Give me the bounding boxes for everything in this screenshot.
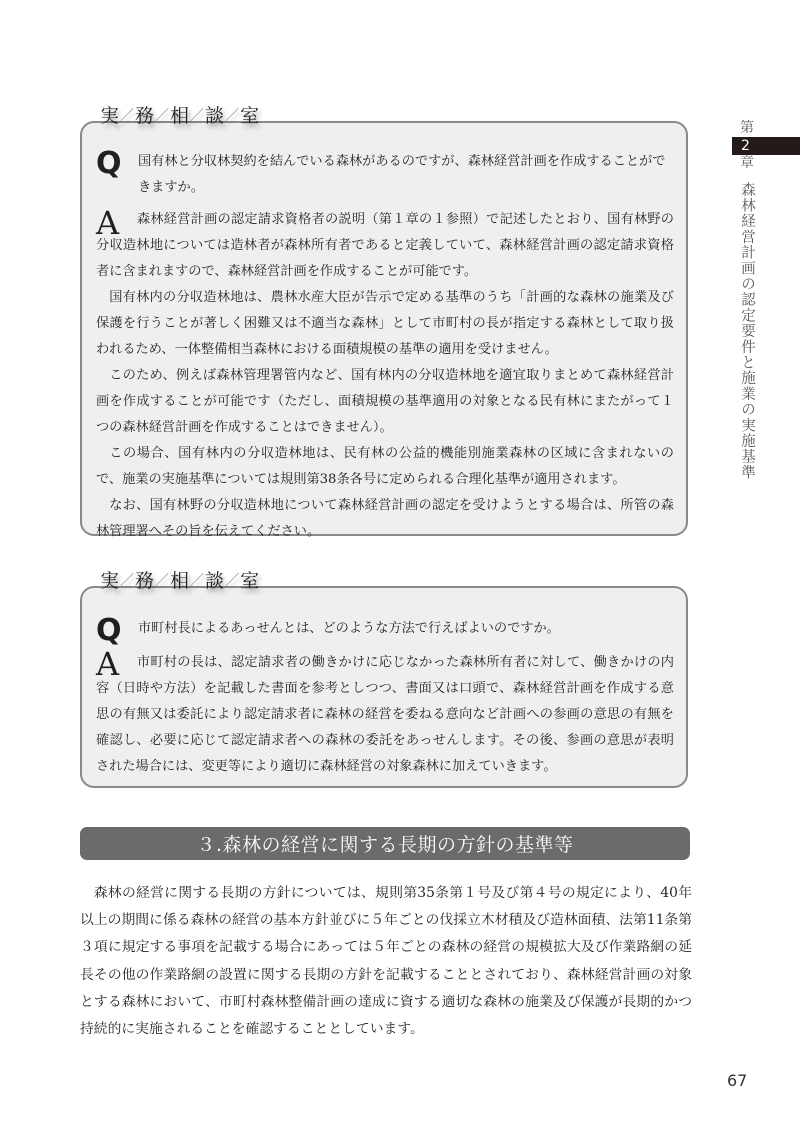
slash-divider: ／ [155,573,169,589]
label-char: 談 [205,570,224,592]
question-text: 国有林と分収林契約を結んでいる森林があるのですが、森林経営計画を作成することがで… [138,149,672,201]
practice-consultation-box-1: Q 国有林と分収林契約を結んでいる森林があるのですが、森林経営計画を作成すること… [80,121,688,536]
label-char: 務 [135,570,154,592]
section-body: 森林の経営に関する長期の方針については、規則第35条第１号及び第４号の規定により… [80,880,692,1043]
section-heading: ３.森林の経営に関する長期の方針の基準等 [80,827,690,860]
answer-paragraph: このため、例えば森林管理署管内など、国有林内の分収造林地を適宜取りまとめて森林経… [96,363,674,441]
slash-divider: ／ [190,108,204,124]
slash-divider: ／ [225,573,239,589]
slash-divider: ／ [190,573,204,589]
question-mark-icon: Q [96,616,122,646]
label-char: 実 [100,570,119,592]
label-char: 室 [240,570,259,592]
answer-paragraph: 国有林内の分収造林地は、農林水産大臣が告示で定める基準のうち「計画的な森林の施業… [96,285,674,363]
chapter-suffix: 章 [737,155,757,172]
slash-divider: ／ [120,573,134,589]
practice-consultation-label: 実／務／相／談／室 [100,569,259,595]
slash-divider: ／ [120,108,134,124]
label-char: 相 [170,105,189,127]
answer-paragraph: 森林経営計画の認定請求資格者の説明（第１章の１参照）で記述したとおり、国有林野の… [96,207,674,285]
page-number: 67 [727,1071,747,1090]
chapter-prefix: 第 [737,120,757,137]
answer-paragraph: なお、国有林野の分収造林地について森林経営計画の認定を受けようとする場合は、所管… [96,493,674,545]
practice-consultation-box-2: Q 市町村長によるあっせんとは、どのような方法で行えばよいのですか。 A 市町村… [80,586,688,788]
label-char: 談 [205,105,224,127]
chapter-tab: 第 2 章 [732,120,800,172]
question-row: Q 国有林と分収林契約を結んでいる森林があるのですが、森林経営計画を作成すること… [96,149,672,201]
chapter-title: 森林経営計画の認定要件と施業の実施基準 [737,182,757,480]
practice-consultation-label: 実／務／相／談／室 [100,104,259,130]
answer-paragraph: 市町村の長は、認定請求者の働きかけに応じなかった森林所有者に対して、働きかけの内… [96,650,674,780]
answer-body: 森林経営計画の認定請求資格者の説明（第１章の１参照）で記述したとおり、国有林野の… [96,207,674,545]
question-row: Q 市町村長によるあっせんとは、どのような方法で行えばよいのですか。 [96,616,672,642]
question-text: 市町村長によるあっせんとは、どのような方法で行えばよいのですか。 [138,616,672,642]
chapter-number: 2 [732,137,800,155]
label-char: 務 [135,105,154,127]
slash-divider: ／ [225,108,239,124]
label-char: 室 [240,105,259,127]
answer-paragraph: この場合、国有林内の分収造林地は、民有林の公益的機能別施業森林の区域に含まれない… [96,441,674,493]
slash-divider: ／ [155,108,169,124]
answer-body: 市町村の長は、認定請求者の働きかけに応じなかった森林所有者に対して、働きかけの内… [96,650,674,780]
label-char: 実 [100,105,119,127]
label-char: 相 [170,570,189,592]
body-paragraph: 森林の経営に関する長期の方針については、規則第35条第１号及び第４号の規定により… [80,880,692,1043]
question-mark-icon: Q [96,149,122,179]
